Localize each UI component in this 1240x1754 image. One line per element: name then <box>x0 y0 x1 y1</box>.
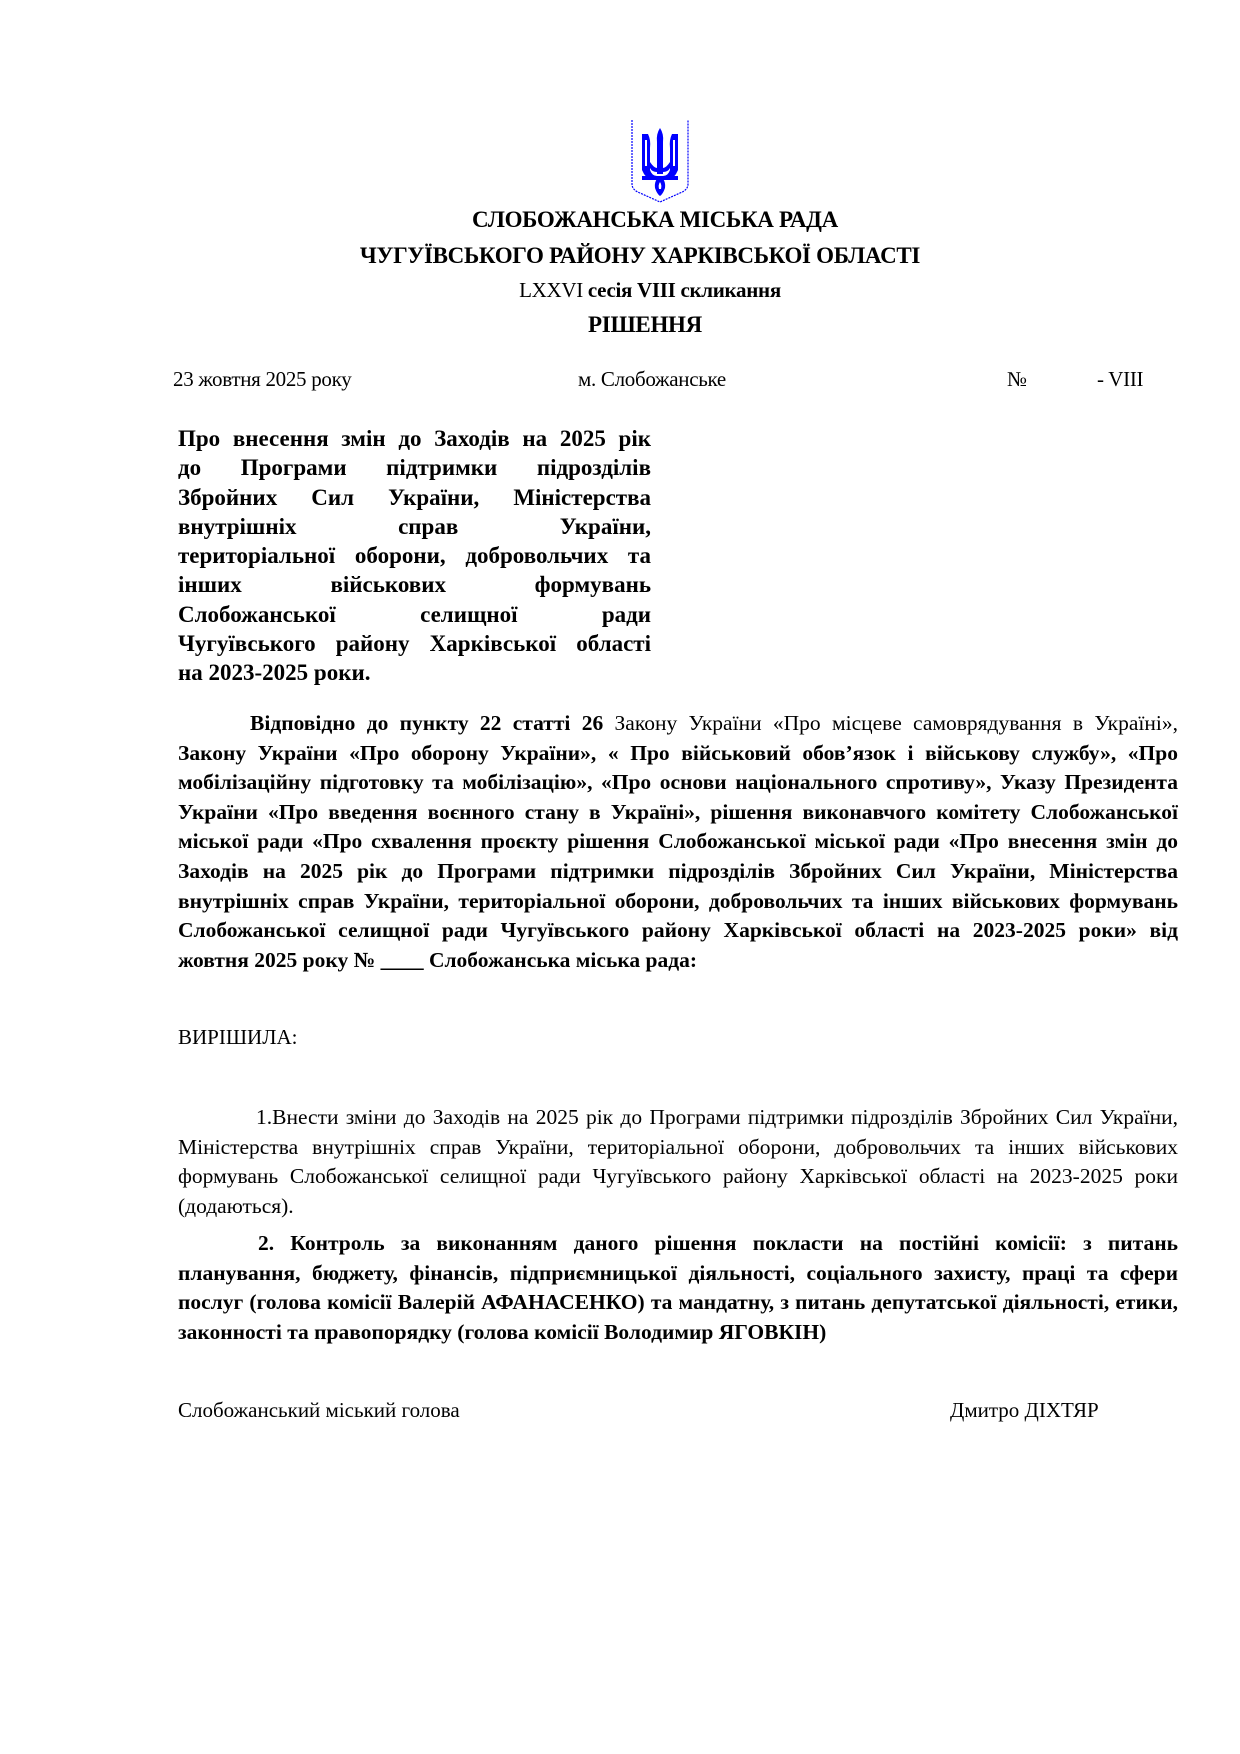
signatory-title: Слобожанський міський голова <box>178 1398 460 1423</box>
title-line: Про внесення змін до Заходів на 2025 рік <box>178 424 651 453</box>
title-line: Збройних Сил України, Міністерства <box>178 483 651 512</box>
decision-place: м. Слобожанське <box>578 367 726 392</box>
resolution-item-2: 2. Контроль за виконанням даного рішення… <box>178 1229 1178 1347</box>
decision-date: 23 жовтня 2025 року <box>173 367 351 392</box>
title-line: Чугуївського району Харківської області <box>178 629 651 658</box>
decision-title: Про внесення змін до Заходів на 2025 рік… <box>178 424 651 688</box>
title-line: інших військових формувань <box>178 570 651 599</box>
council-name: СЛОБОЖАНСЬКА МІСЬКА РАДА <box>35 207 1240 233</box>
title-line: територіальної оборони, добровольчих та <box>178 541 651 570</box>
preamble-law-reference: Закону України «Про місцеве самоврядуван… <box>615 711 1178 735</box>
session-info: LXXVI сесія VIII скликання <box>30 278 1240 303</box>
session-number: LXXVI <box>519 278 583 302</box>
session-text: сесія VIII скликання <box>588 278 781 302</box>
resolved-label: ВИРІШИЛА: <box>178 1023 1178 1053</box>
title-line: внутрішніх справ України, <box>178 512 651 541</box>
resolution-item-1: 1.Внести зміни до Заходів на 2025 рік до… <box>178 1103 1178 1221</box>
title-line: на 2023-2025 роки. <box>178 658 651 687</box>
signatory-name: Дмитро ДІХТЯР <box>950 1398 1099 1423</box>
coat-of-arms-trident-icon <box>630 118 690 204</box>
preamble-references: Закону України «Про оборону України», « … <box>178 741 1178 972</box>
district-name: ЧУГУЇВСЬКОГО РАЙОНУ ХАРКІВСЬКОЇ ОБЛАСТІ <box>20 243 1240 269</box>
preamble-paragraph: Відповідно до пункту 22 статті 26 Закону… <box>178 709 1178 975</box>
document-page: СЛОБОЖАНСЬКА МІСЬКА РАДА ЧУГУЇВСЬКОГО РА… <box>0 0 1240 1754</box>
decision-number-suffix: - VIII <box>1097 367 1143 392</box>
title-line: до Програми підтримки підрозділів <box>178 453 651 482</box>
decision-number-label: № <box>1007 367 1027 392</box>
title-line: Слобожанської селищної ради <box>178 600 651 629</box>
document-type: РІШЕННЯ <box>25 312 1240 338</box>
preamble-legal-basis: Відповідно до пункту 22 статті 26 <box>250 711 615 735</box>
